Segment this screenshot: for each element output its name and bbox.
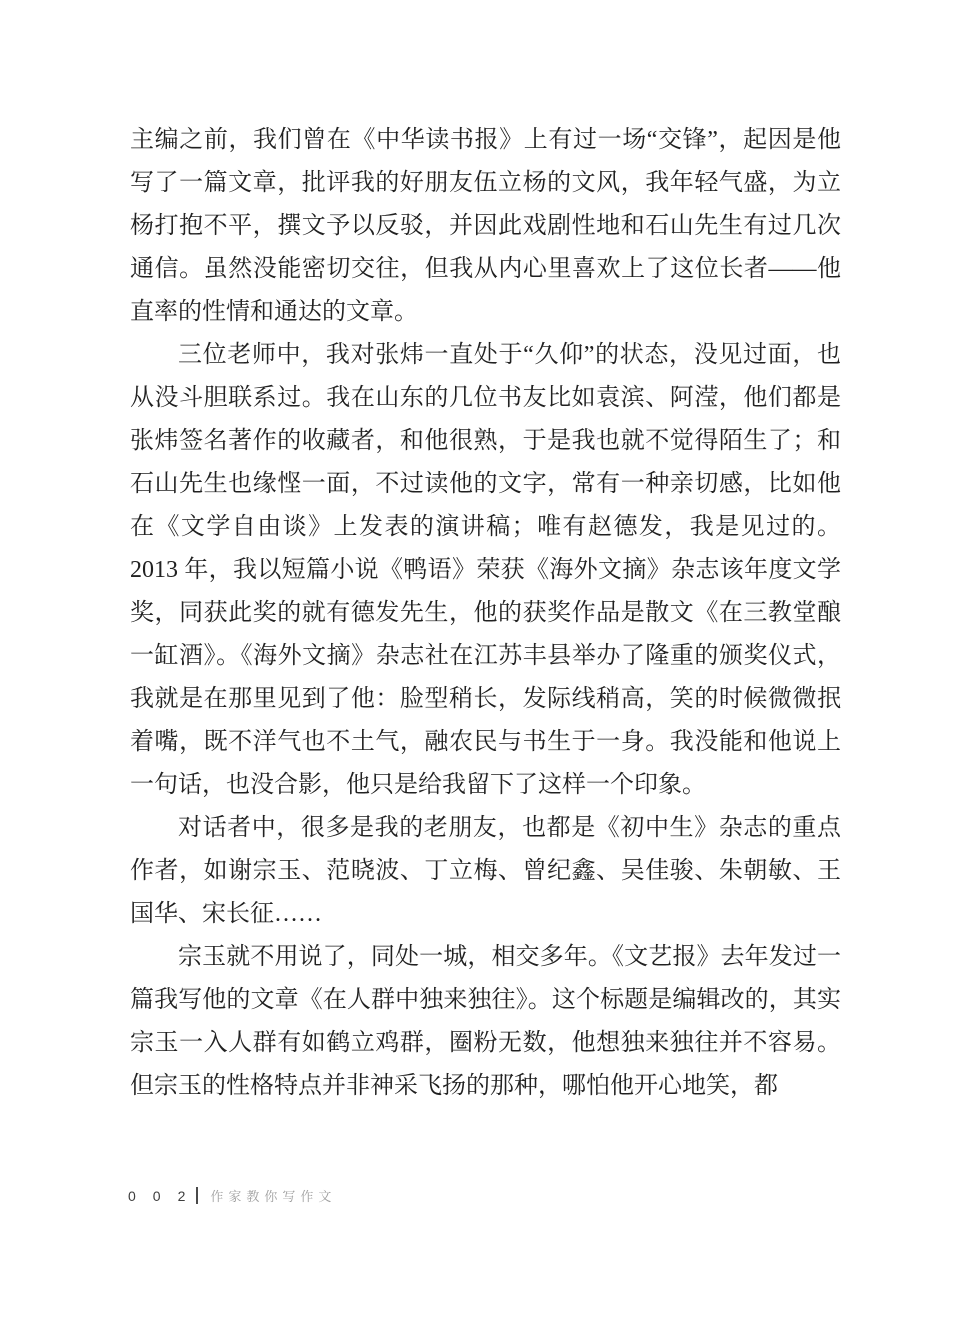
page-footer: 002 作家教你写作文 [128, 1186, 336, 1205]
page-number: 002 [128, 1188, 202, 1204]
running-title: 作家教你写作文 [210, 1186, 336, 1205]
book-page: 主编之前，我们曾在《中华读书报》上有过一场“交锋”，起因是他写了一篇文章，批评我… [0, 0, 969, 1338]
paragraph: 对话者中，很多是我的老朋友，也都是《初中生》杂志的重点作者，如谢宗玉、范晓波、丁… [130, 807, 841, 936]
paragraph: 宗玉就不用说了，同处一城，相交多年。《文艺报》去年发过一篇我写他的文章《在人群中… [130, 936, 841, 1108]
paragraph: 主编之前，我们曾在《中华读书报》上有过一场“交锋”，起因是他写了一篇文章，批评我… [130, 119, 841, 334]
footer-divider [196, 1187, 198, 1204]
paragraph: 三位老师中，我对张炜一直处于“久仰”的状态，没见过面，也从没斗胆联系过。我在山东… [130, 334, 841, 807]
page-body: 主编之前，我们曾在《中华读书报》上有过一场“交锋”，起因是他写了一篇文章，批评我… [130, 119, 841, 1108]
